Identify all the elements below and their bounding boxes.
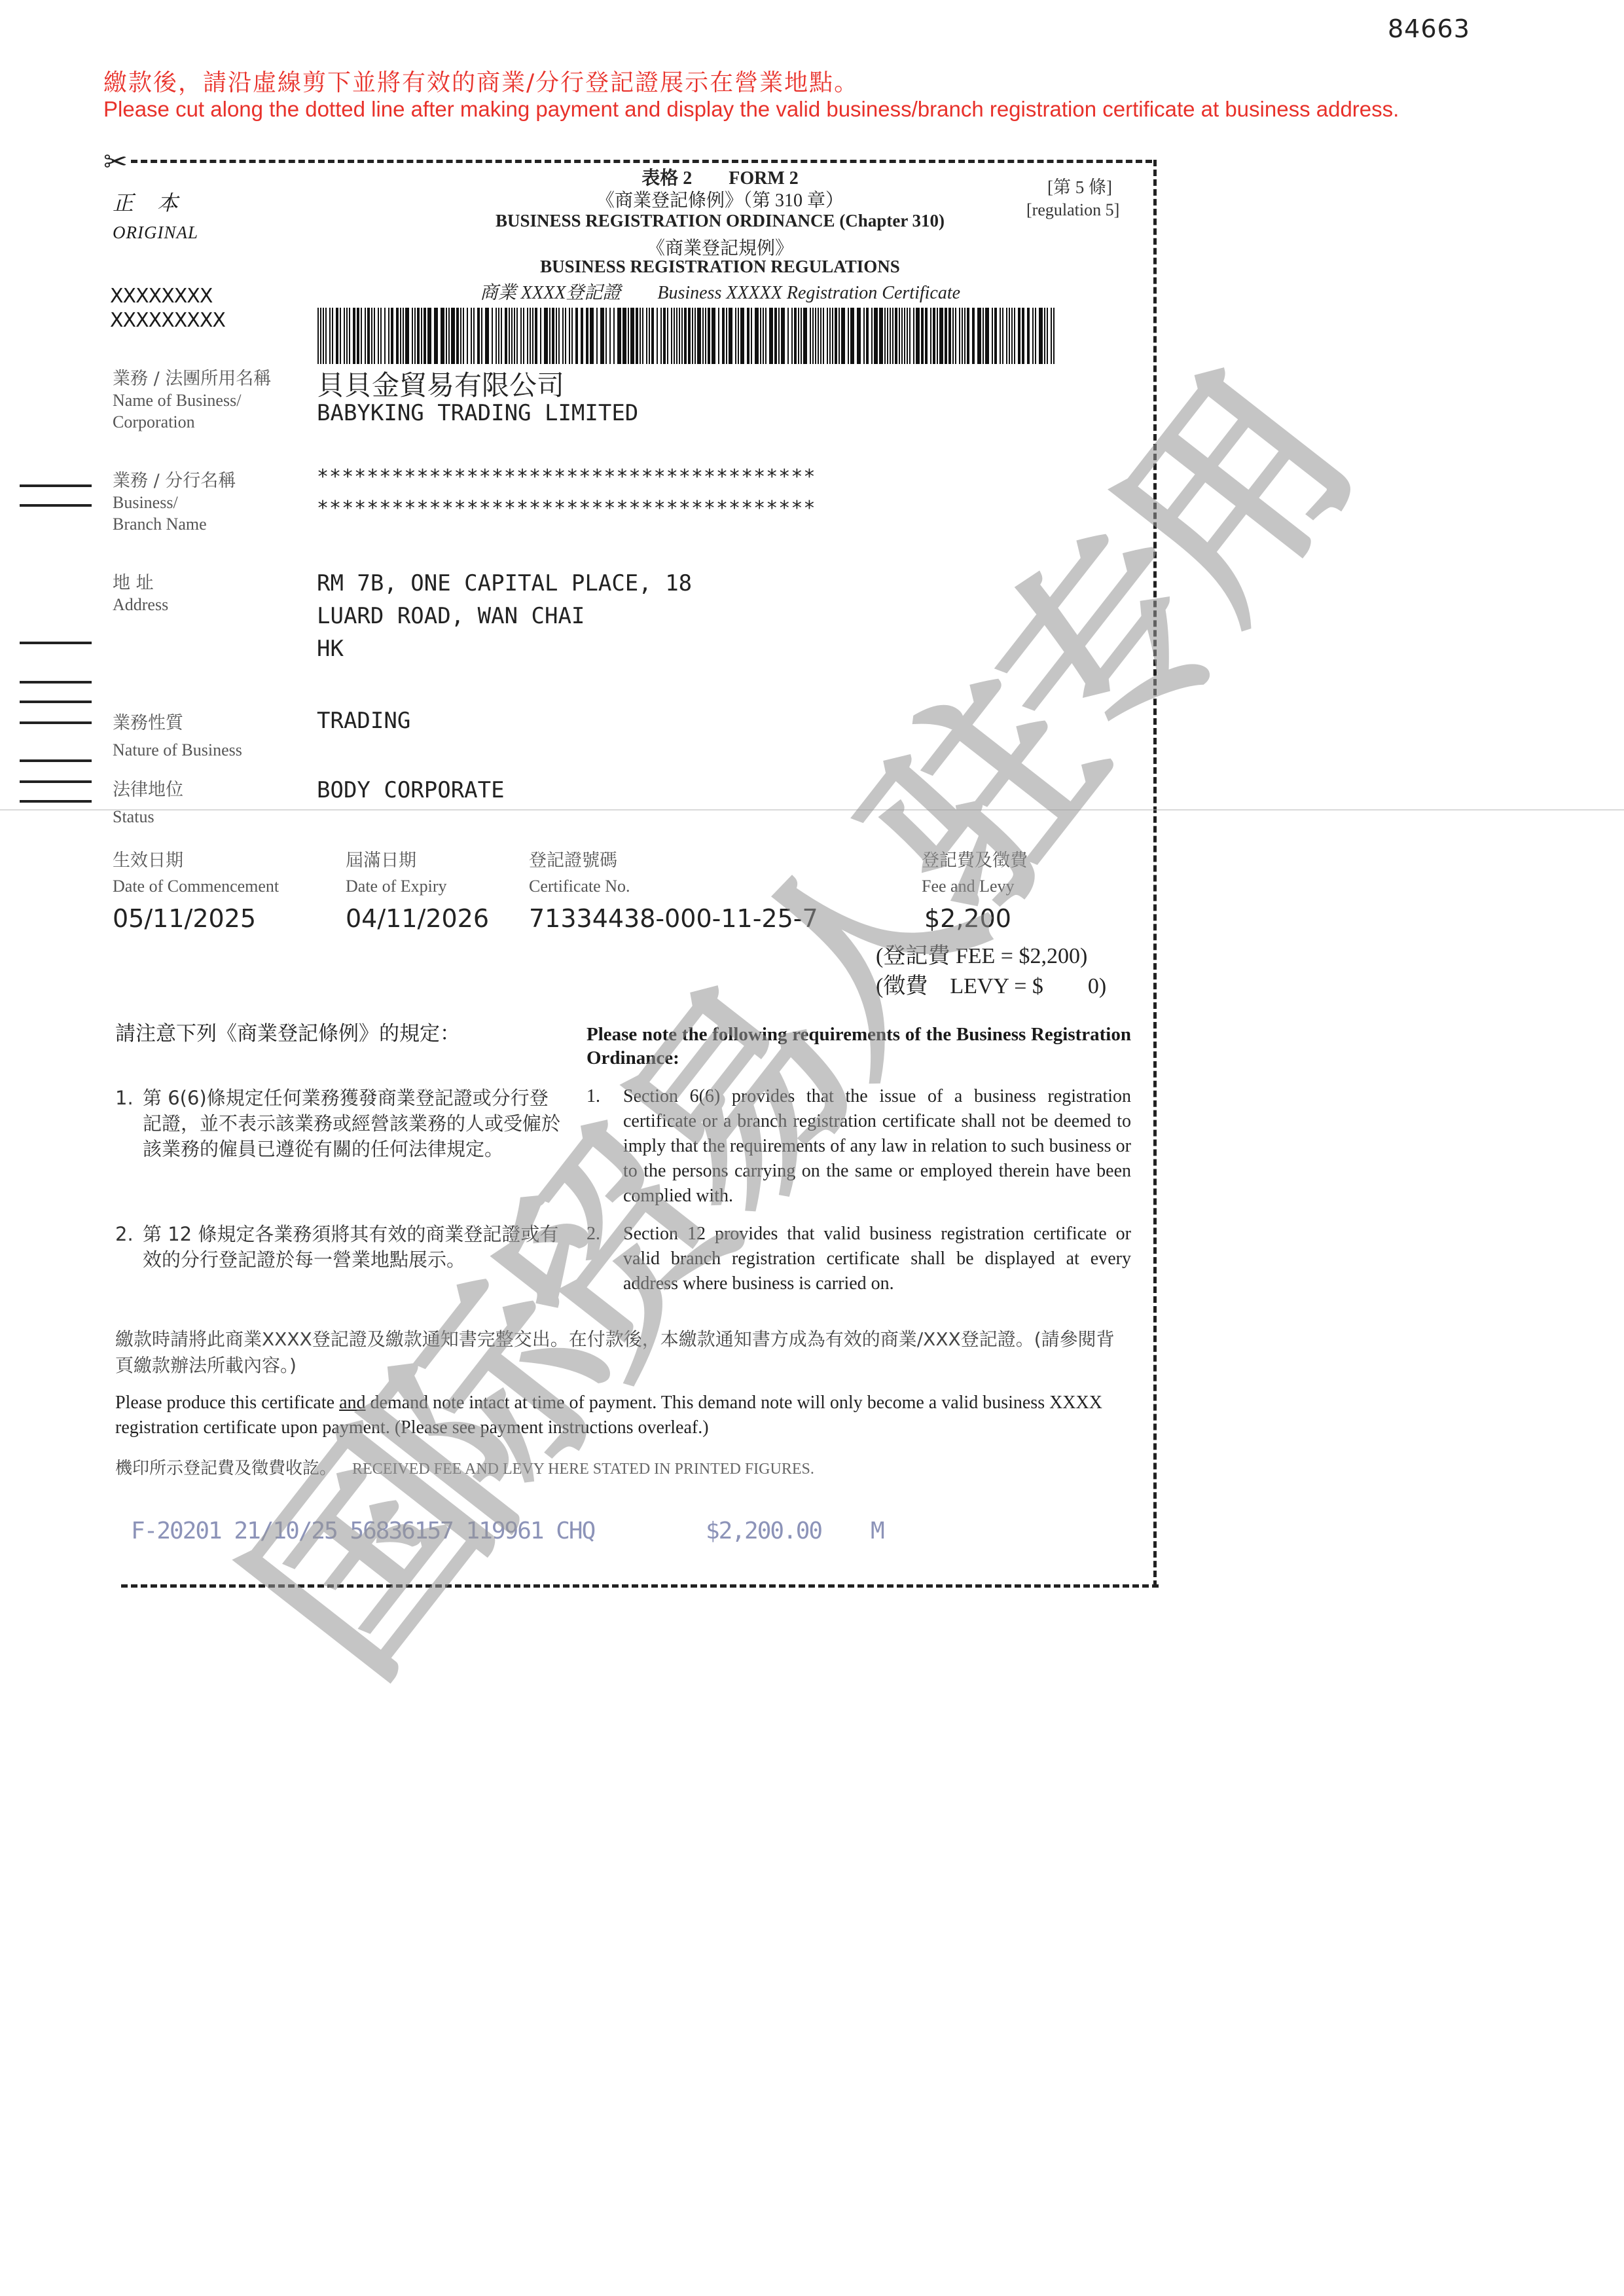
- status-value: BODY CORPORATE: [317, 774, 505, 807]
- payment-note-zh: 繳款時請將此商業XXXX登記證及繳款通知書完整交出。在付款後，本繳款通知書方成為…: [115, 1326, 1130, 1379]
- cut-line-bottom: [121, 1584, 1159, 1588]
- branch-name-line-2: ****************************************: [317, 492, 816, 525]
- watermark-char: 专: [909, 453, 1286, 814]
- fee-breakdown: (登記費 FEE = $2,200): [876, 938, 1087, 970]
- regulation-ref-zh: [第 5 條]: [1047, 173, 1112, 198]
- regulations-en: BUSINESS REGISTRATION REGULATIONS: [393, 257, 1047, 277]
- cut-instruction-zh: 繳款後，請沿虛線剪下並將有效的商業/分行登記證展示在營業地點。: [103, 64, 859, 98]
- margin-mark: [20, 504, 92, 507]
- note-en-2: 2.Section 12 provides that valid busines…: [586, 1222, 1131, 1296]
- cut-line-top: [131, 160, 1152, 163]
- notes-heading-zh: 請注意下列《商業登記條例》的規定：: [115, 1021, 460, 1047]
- commencement-date: 05/11/2025: [113, 902, 256, 935]
- address-label: 地 址 Address: [113, 572, 168, 615]
- certificate-title: 商業 XXXX登記證 Business XXXXX Registration C…: [393, 278, 1047, 304]
- regulations-zh: 《商業登記規例》: [393, 234, 1047, 260]
- margin-mark: [20, 701, 92, 703]
- note-en-1: 1.Section 6(6) provides that the issue o…: [586, 1084, 1131, 1209]
- margin-mark: [20, 800, 92, 803]
- address-line-1: RM 7B, ONE CAPITAL PLACE, 18: [317, 567, 692, 600]
- commencement-label: 生效日期 Date of Commencement: [113, 850, 279, 897]
- notes-heading-en: Please note the following requirements o…: [586, 1023, 1131, 1070]
- margin-mark: [20, 681, 92, 683]
- watermark-char: 用: [1032, 302, 1410, 663]
- receipt-line: F-20201 21/10/25 56836157 119961 CHQ: [131, 1518, 594, 1544]
- note-zh-1: 1.第 6(6)條規定任何業務獲發商業登記證或分行登記證，並不表示該業務或經營該…: [115, 1085, 567, 1162]
- expiry-label: 屆滿日期 Date of Expiry: [346, 850, 447, 897]
- fee-label: 登記費及徵費 Fee and Levy: [922, 850, 1028, 897]
- certificate-no: 71334438-000-11-25-7: [529, 902, 818, 935]
- cut-instruction-en: Please cut along the dotted line after m…: [103, 97, 1399, 122]
- business-name-en: BABYKING TRADING LIMITED: [317, 397, 638, 429]
- business-name-label: 業務 / 法團所用名稱 Name of Business/ Corporatio…: [113, 368, 271, 433]
- payment-note-en: Please produce this certificate and dema…: [115, 1391, 1136, 1440]
- receipt-code: M: [871, 1518, 884, 1544]
- margin-mark: [20, 721, 92, 724]
- nature-value: TRADING: [317, 704, 410, 737]
- received-note: 機印所示登記費及徵費收訖。 RECEIVED FEE AND LEVY HERE…: [115, 1455, 814, 1479]
- cut-line-right: [1153, 160, 1157, 1587]
- fold-crease: [0, 809, 1624, 811]
- branch-name-line-1: ****************************************: [317, 461, 816, 494]
- redacted-label-2: XXXXXXXXX: [110, 309, 225, 332]
- ordinance-en: BUSINESS REGISTRATION ORDINANCE (Chapter…: [393, 211, 1047, 231]
- original-label-zh: 正本: [113, 187, 202, 217]
- address-line-2: LUARD ROAD, WAN CHAI: [317, 600, 585, 632]
- barcode: [317, 308, 1057, 364]
- fee-total: $2,200: [924, 902, 1011, 935]
- levy-breakdown: (徵費 LEVY = $ 0): [876, 968, 1106, 1000]
- margin-mark: [20, 642, 92, 644]
- ordinance-zh: 《商業登記條例》（第 310 章）: [393, 186, 1047, 212]
- note-zh-2: 2.第 12 條規定各業務須將其有效的商業登記證或有效的分行登記證於每一營業地點…: [115, 1222, 567, 1273]
- nature-label: 業務性質 Nature of Business: [113, 712, 242, 761]
- certificate-no-label: 登記證號碼 Certificate No.: [529, 850, 630, 897]
- receipt-amount: $2,200.00: [706, 1518, 821, 1544]
- margin-mark: [20, 780, 92, 783]
- margin-mark: [20, 484, 92, 487]
- margin-mark: [20, 759, 92, 762]
- redacted-label-1: XXXXXXXX: [110, 285, 212, 308]
- page-number: 84663: [1388, 14, 1470, 43]
- address-line-3: HK: [317, 632, 344, 665]
- original-label-en: ORIGINAL: [113, 223, 198, 243]
- scissors-icon: ✂: [103, 145, 128, 179]
- expiry-date: 04/11/2026: [346, 902, 489, 935]
- status-label: 法律地位 Status: [113, 779, 183, 828]
- branch-name-label: 業務 / 分行名稱 Business/ Branch Name: [113, 470, 236, 535]
- regulation-ref-en: [regulation 5]: [1026, 200, 1119, 220]
